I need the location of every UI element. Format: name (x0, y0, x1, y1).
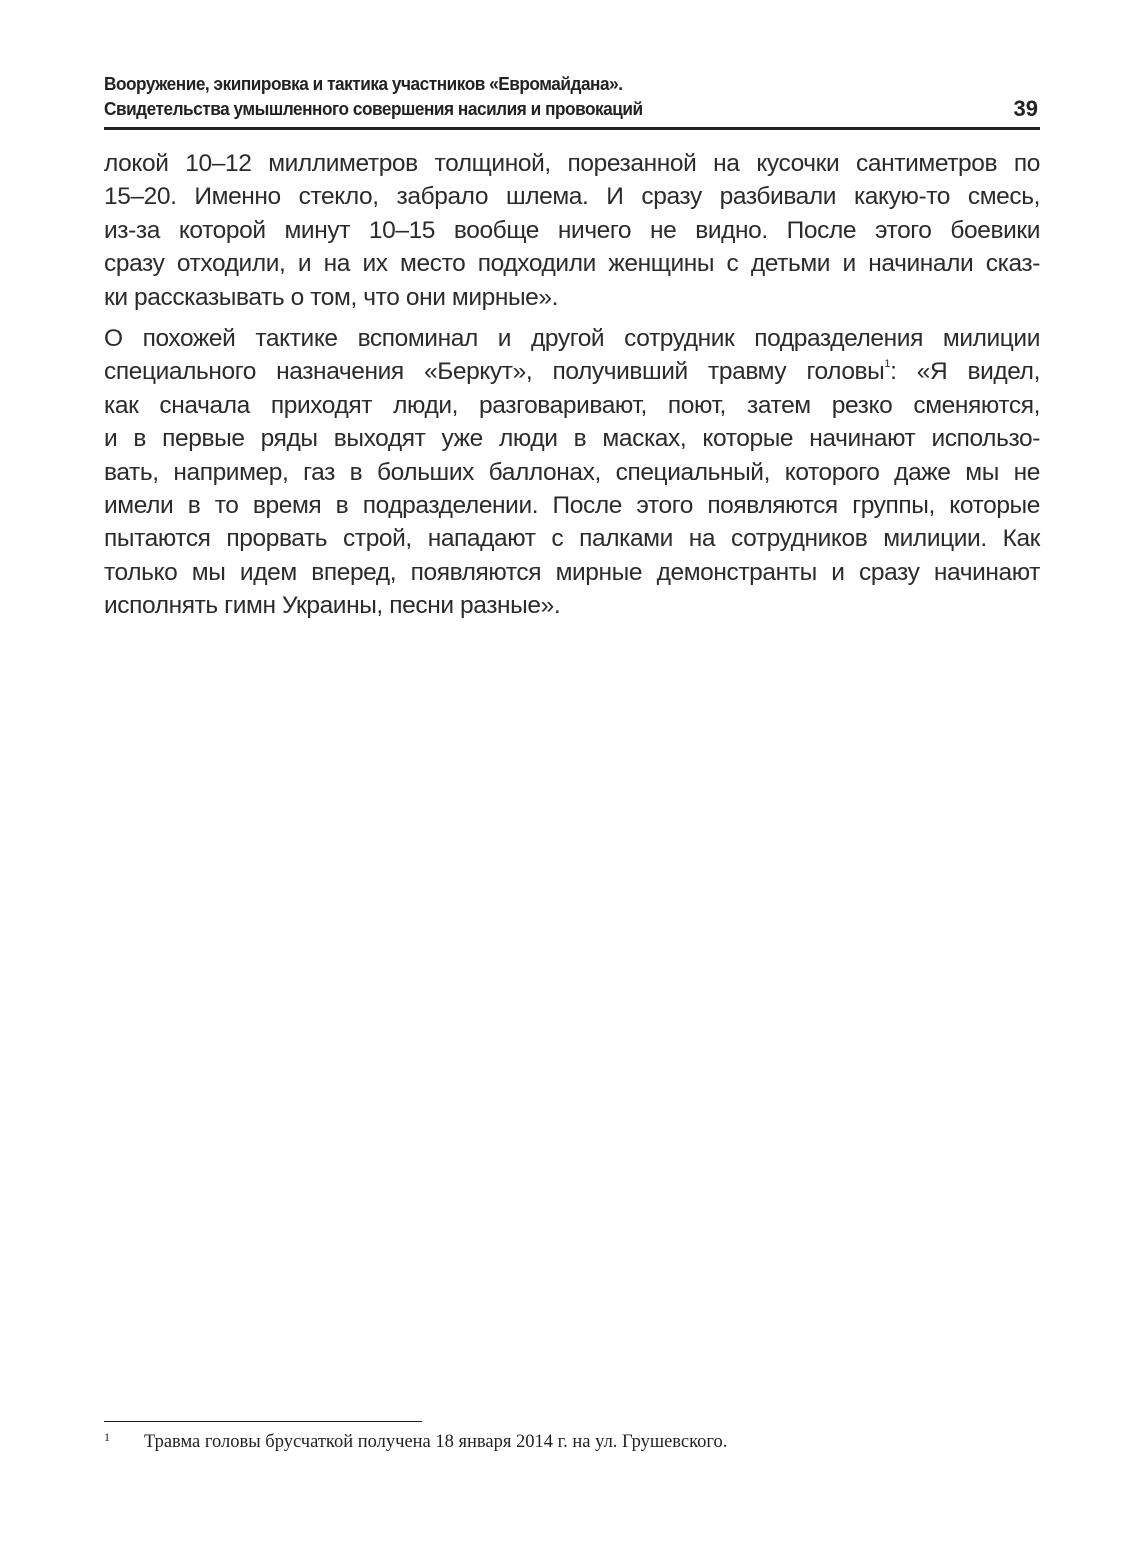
paragraph-2: О похожей тактике вспоминал и другой сот… (104, 322, 1040, 623)
text-line: ки рассказывать о том, что они мирные». (104, 281, 1040, 314)
header-title-line-2: Свидетельства умышленного совершения нас… (104, 96, 974, 121)
header-title-line-1: Вооружение, экипировка и тактика участни… (104, 71, 974, 96)
text-line: сразу отходили, и на их место подходили … (104, 247, 1040, 280)
text-line: как сначала приходят люди, разговаривают… (104, 389, 1040, 422)
text-line: вать, например, газ в больших баллонах, … (104, 456, 1040, 489)
paragraph-1: локой 10–12 миллиметров толщиной, пореза… (104, 147, 1040, 314)
text-segment: : «Я видел, (890, 358, 1040, 385)
text-line: только мы идем вперед, появляются мирные… (104, 556, 1040, 589)
footnote-mark: 1 (104, 1430, 110, 1445)
text-line: 15–20. Именно стекло, забрало шлема. И с… (104, 180, 1040, 213)
text-line: имели в то время в подразделении. После … (104, 489, 1040, 522)
text-line: из-за которой минут 10–15 вообще ничего … (104, 214, 1040, 247)
page-number: 39 (1014, 96, 1038, 122)
text-line: О похожей тактике вспоминал и другой сот… (104, 322, 1040, 355)
text-line-with-footnote: специального назначения «Беркут», получи… (104, 355, 1040, 388)
running-header: Вооружение, экипировка и тактика участни… (104, 71, 1040, 121)
body-text: локой 10–12 миллиметров толщиной, пореза… (104, 147, 1040, 631)
header-rule (104, 127, 1040, 130)
text-line: исполнять гимн Украины, песни разные». (104, 589, 1040, 622)
text-line: пытаются прорвать строй, нападают с палк… (104, 522, 1040, 555)
text-line: и в первые ряды выходят уже люди в маска… (104, 422, 1040, 455)
footnote-text: Травма головы брусчаткой получена 18 янв… (144, 1432, 727, 1453)
footnote-separator (104, 1421, 422, 1422)
text-segment: специального назначения «Беркут», получи… (104, 358, 884, 385)
text-line: локой 10–12 миллиметров толщиной, пореза… (104, 147, 1040, 180)
